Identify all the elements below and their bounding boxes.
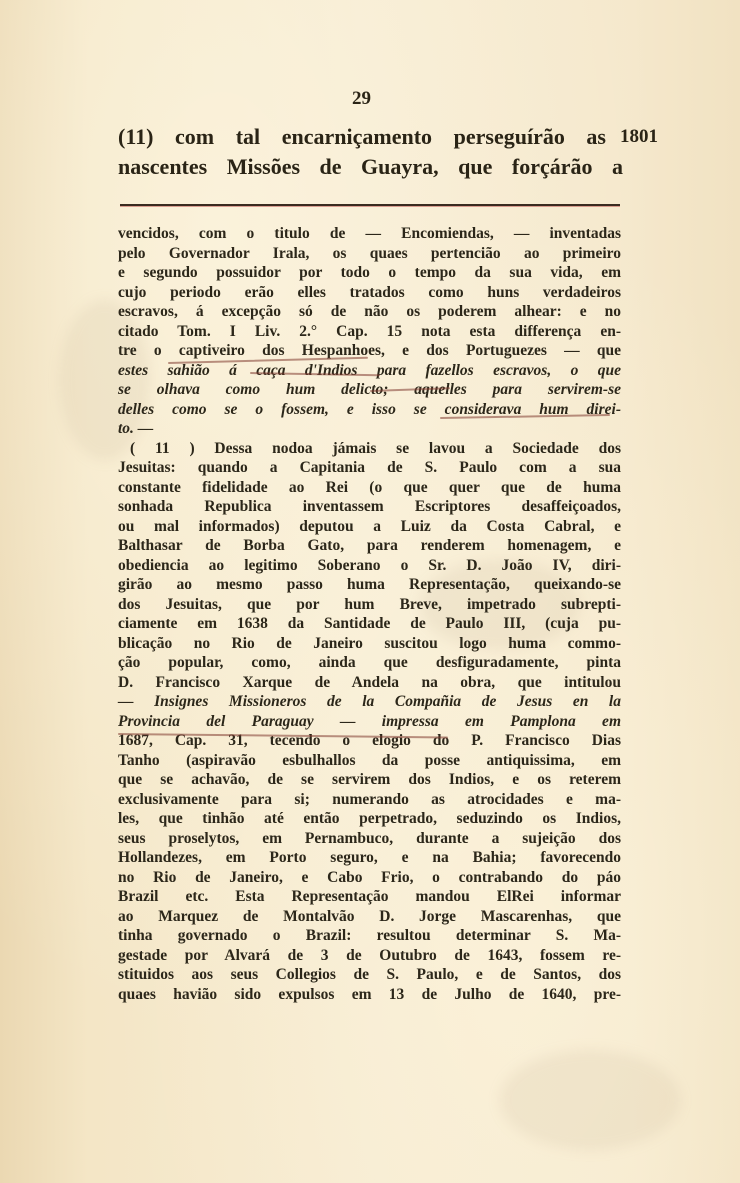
footnote-line: ( 11 ) Dessa nodoa jámais se lavou a Soc… — [118, 439, 621, 459]
scanned-book-page: 29 (11) com tal encarniçamento perseguír… — [0, 0, 740, 1183]
main-text-line: (11) com tal encarniçamento perseguírão … — [118, 122, 606, 152]
footnote-line-italic: estes sahião á caça d'Indios para fazell… — [118, 361, 621, 381]
footnote-line: seus proselytos, em Pernambuco, durante … — [118, 829, 621, 849]
main-text-continuation: (11) com tal encarniçamento perseguírão … — [118, 122, 623, 182]
footnote-line: Hollandezes, em Porto seguro, e na Bahia… — [118, 848, 621, 868]
footnote-line: no Rio de Janeiro, e Cabo Frio, o contra… — [118, 868, 621, 888]
paper-stain — [500, 1050, 680, 1150]
footnote-line: gestade por Alvará de 3 de Outubro de 16… — [118, 946, 621, 966]
footnote-line: citado Tom. I Liv. 2.° Cap. 15 nota esta… — [118, 322, 621, 342]
footnote-line: constante fidelidade ao Rei (o que quer … — [118, 478, 621, 498]
footnote-line: que se achavão, de se servirem dos Indio… — [118, 770, 621, 790]
page-number: 29 — [352, 88, 371, 110]
footnote-line: quaes havião sido expulsos em 13 de Julh… — [118, 985, 621, 1005]
footnote-line: ção popular, como, ainda que desfigurada… — [118, 653, 621, 673]
footnotes-block: vencidos, com o titulo de — Encomiendas,… — [118, 224, 621, 1004]
margin-year-note: 1801 — [620, 126, 658, 148]
footnote-line: cujo periodo erão elles tratados como hu… — [118, 283, 621, 303]
footnote-line: Brazil etc. Esta Representação mandou El… — [118, 887, 621, 907]
footnote-line: D. Francisco Xarque de Andela na obra, q… — [118, 673, 621, 693]
footnote-line: tre o captiveiro dos Hespanhoes, e dos P… — [118, 341, 621, 361]
footnote-line: pelo Governador Irala, os quaes pertenci… — [118, 244, 621, 264]
footnote-line: exclusivamente para si; numerando as atr… — [118, 790, 621, 810]
footnote-line: ou mal informados) deputou a Luiz da Cos… — [118, 517, 621, 537]
footnote-line: vencidos, com o titulo de — Encomiendas,… — [118, 224, 621, 244]
footnote-line: Jesuitas: quando a Capitania de S. Paulo… — [118, 458, 621, 478]
footnote-line: Tanho (aspiravão esbulhallos da posse an… — [118, 751, 621, 771]
footnote-line: dos Jesuitas, que por hum Breve, impetra… — [118, 595, 621, 615]
footnote-line-italic: — Insignes Missioneros de la Compañia de… — [118, 692, 621, 712]
footnote-line: obediencia ao legitimo Soberano o Sr. D.… — [118, 556, 621, 576]
footnote-line: tinha governado o Brazil: resultou deter… — [118, 926, 621, 946]
footnote-line: ao Marquez de Montalvão D. Jorge Mascare… — [118, 907, 621, 927]
footnote-line: e segundo possuidor por todo o tempo da … — [118, 263, 621, 283]
footnote-line: Balthasar de Borba Gato, para renderem h… — [118, 536, 621, 556]
footnote-line: escravos, á excepção só de não os podere… — [118, 302, 621, 322]
footnote-line-italic: Provincia del Paraguay — impressa em Pam… — [118, 712, 621, 732]
footnote-line: ciamente em 1638 da Santidade de Paulo I… — [118, 614, 621, 634]
footnote-separator-rule — [120, 204, 620, 206]
footnote-line: blicação no Rio de Janeiro suscitou logo… — [118, 634, 621, 654]
footnote-line: girão ao mesmo passo huma Representação,… — [118, 575, 621, 595]
main-text-line: nascentes Missões de Guayra, que forçárã… — [118, 152, 623, 182]
footnote-line: sonhada Republica inventassem Escriptore… — [118, 497, 621, 517]
footnote-line: les, que tinhão até então perpetrado, se… — [118, 809, 621, 829]
footnote-line: stituidos aos seus Collegios de S. Paulo… — [118, 965, 621, 985]
footnote-line-italic: to. — — [118, 419, 621, 439]
